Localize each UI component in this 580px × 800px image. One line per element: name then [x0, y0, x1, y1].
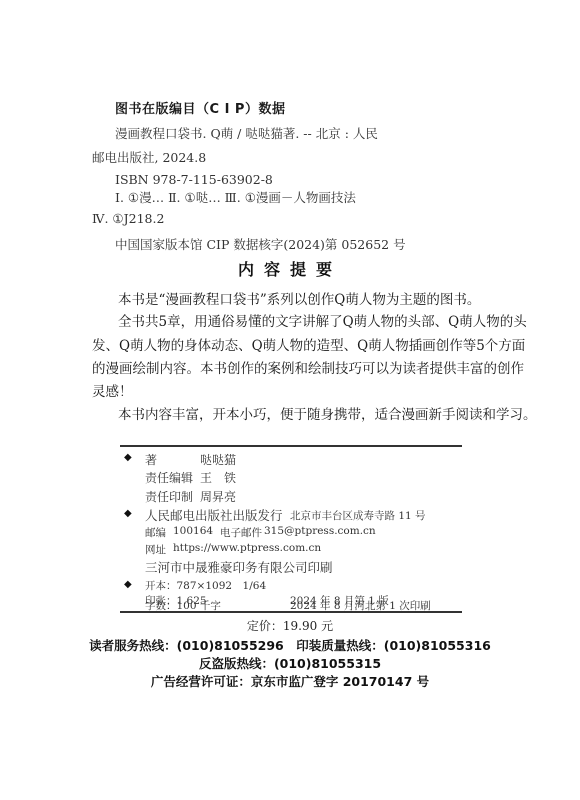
cip-isbn: ISBN 978-7-115-63902-8: [115, 172, 273, 187]
publisher: 人民邮电出版社出版发行: [145, 506, 283, 524]
ad-license: 广告经营许可证：京东市监广登字 20170147 号: [0, 672, 580, 690]
printing-name: 周昇亮: [200, 488, 236, 505]
bullet-diamond-icon: ◆: [124, 508, 132, 519]
cip-citation-line-2: 邮电出版社, 2024.8: [92, 148, 206, 166]
publisher-address: 北京市丰台区成寿寺路 11 号: [290, 508, 426, 523]
bullet-diamond-icon: ◆: [124, 579, 132, 590]
bottom-divider: [120, 611, 462, 613]
postcode-value: 100164: [173, 525, 213, 537]
email-link[interactable]: 315@ptpress.com.cn: [264, 525, 376, 537]
author-name: 哒哒猫: [200, 451, 236, 468]
top-divider: [120, 445, 462, 447]
email-label: 电子邮件: [220, 525, 262, 540]
website-link[interactable]: https://www.ptpress.com.cn: [173, 542, 321, 554]
summary-paragraph-2-line-1: 全书共5章，用通俗易懂的文字讲解了Q萌人物的头部、Q萌人物的头: [118, 310, 527, 330]
summary-paragraph-1: 本书是“漫画教程口袋书”系列以创作Q萌人物为主题的图书。: [118, 288, 480, 308]
bullet-diamond-icon: ◆: [124, 452, 132, 463]
editor-name: 王 铁: [200, 469, 236, 486]
cip-citation-line-1: 漫画教程口袋书. Q萌 / 哒哒猫著. -- 北京 : 人民: [115, 124, 378, 142]
author-label: 著: [145, 451, 157, 468]
summary-title: 内容提要: [0, 257, 580, 280]
website-label: 网址: [145, 542, 166, 557]
printer: 三河市中晟雅豪印务有限公司印刷: [145, 558, 333, 576]
cip-classification-line-2: Ⅳ. ①J218.2: [92, 211, 164, 226]
cip-classification-line-1: Ⅰ. ①漫… Ⅱ. ①哒… Ⅲ. ①漫画－人物画技法: [115, 188, 356, 206]
summary-paragraph-2-line-4: 灵感！: [92, 380, 133, 400]
book-format: 开本：787×1092 1/64: [145, 578, 266, 593]
printing-label: 责任印制: [145, 488, 193, 505]
summary-paragraph-2-line-2: 发、Q萌人物的身体动态、Q萌人物的造型、Q萌人物插画创作等5个方面: [92, 334, 525, 354]
editor-label: 责任编辑: [145, 469, 193, 486]
cip-title: 图书在版编目（C I P）数据: [115, 98, 285, 117]
cip-number: 中国国家版本馆 CIP 数据核字(2024)第 052652 号: [115, 235, 406, 253]
antipiracy-hotline: 反盗版热线：(010)81055315: [0, 654, 580, 672]
postcode-label: 邮编: [145, 525, 166, 540]
service-hotline: 读者服务热线：(010)81055296 印装质量热线：(010)8105531…: [0, 636, 580, 654]
summary-paragraph-3: 本书内容丰富，开本小巧，便于随身携带，适合漫画新手阅读和学习。: [118, 403, 537, 423]
price: 定价：19.90 元: [0, 617, 580, 634]
summary-paragraph-2-line-3: 的漫画绘制内容。本书创作的案例和绘制技巧可以为读者提供丰富的创作: [92, 357, 524, 377]
